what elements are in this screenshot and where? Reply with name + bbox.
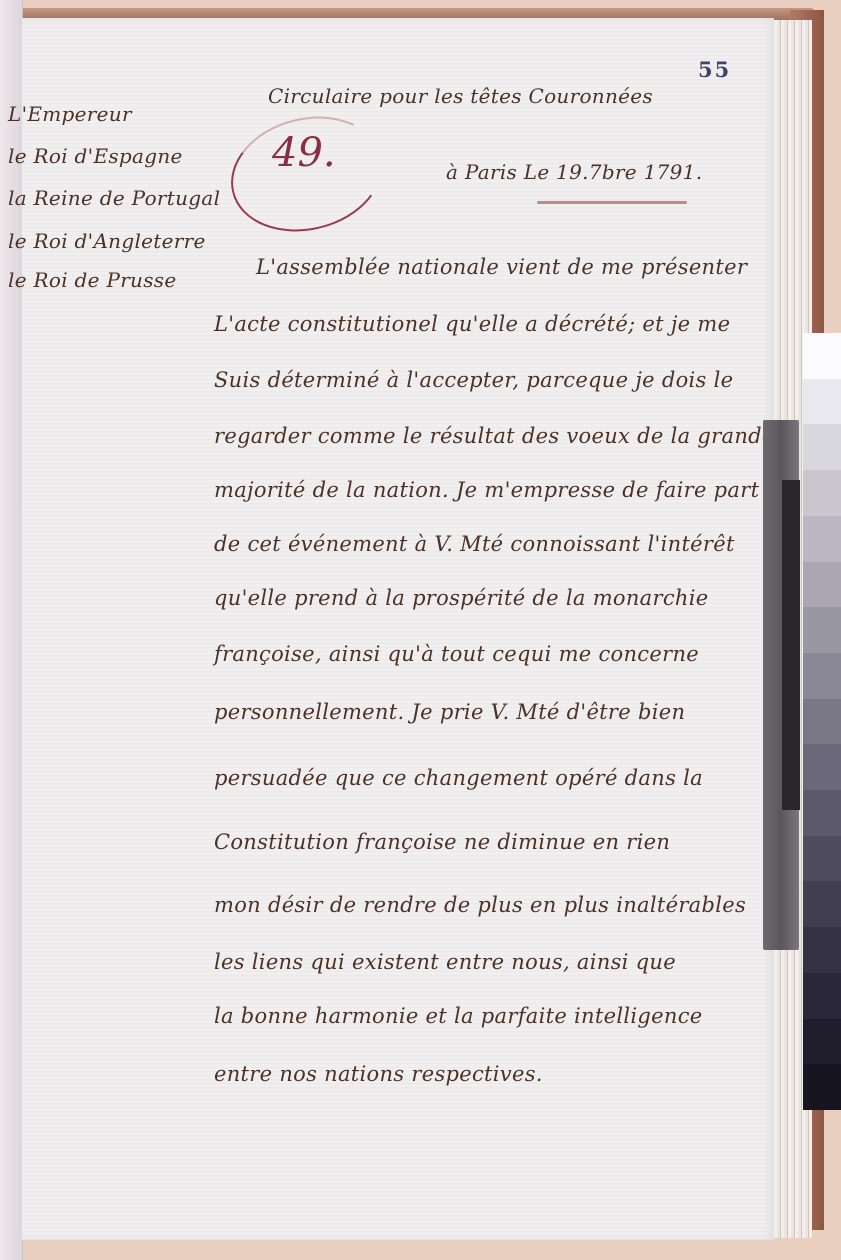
gray-step — [803, 836, 841, 882]
date-underline — [537, 201, 687, 204]
body-line: persuadée que ce changement opéré dans l… — [214, 766, 703, 790]
color-calibration-strip — [803, 333, 841, 1110]
clip-shadow — [782, 480, 800, 810]
body-line: mon désir de rendre de plus en plus inal… — [214, 893, 746, 917]
document-title: Circulaire pour les têtes Couronnées — [268, 84, 653, 108]
gray-step — [803, 424, 841, 470]
gray-step — [803, 470, 841, 516]
addressee-emperor: L'Empereur — [8, 102, 132, 126]
addressee-queen-portugal: la Reine de Portugal — [8, 186, 220, 210]
addressee-king-england: le Roi d'Angleterre — [8, 229, 206, 253]
body-line: Constitution françoise ne diminue en rie… — [214, 830, 670, 854]
page-number-stamp: 55 — [698, 57, 731, 82]
addressee-king-spain: le Roi d'Espagne — [8, 144, 183, 168]
gray-step — [803, 653, 841, 699]
body-line: L'acte constitutionel qu'elle a décrété;… — [214, 312, 730, 336]
gray-step — [803, 927, 841, 973]
gray-step — [803, 699, 841, 745]
gray-step — [803, 744, 841, 790]
reference-number: 49. — [272, 130, 336, 176]
gray-step — [803, 790, 841, 836]
body-line: personnellement. Je prie V. Mté d'être b… — [214, 700, 685, 724]
gray-step — [803, 607, 841, 653]
body-line: L'assemblée nationale vient de me présen… — [256, 255, 747, 279]
gray-step — [803, 562, 841, 608]
body-line: les liens qui existent entre nous, ainsi… — [214, 950, 676, 974]
gray-step — [803, 516, 841, 562]
gray-step — [803, 1019, 841, 1065]
body-line: de cet événement à V. Mté connoissant l'… — [214, 532, 735, 556]
gray-step — [803, 973, 841, 1019]
body-line: regarder comme le résultat des voeux de … — [214, 424, 775, 448]
gray-step — [803, 881, 841, 927]
body-line: qu'elle prend à la prospérité de la mona… — [214, 586, 708, 610]
date-line: à Paris Le 19.7bre 1791. — [446, 160, 702, 184]
body-line: Suis déterminé à l'accepter, parceque je… — [214, 368, 733, 392]
addressee-king-prussia: le Roi de Prusse — [8, 268, 177, 292]
body-line: françoise, ainsi qu'à tout cequi me conc… — [214, 642, 699, 666]
gray-step — [803, 379, 841, 425]
body-line: majorité de la nation. Je m'empresse de … — [214, 478, 759, 502]
body-line: la bonne harmonie et la parfaite intelli… — [214, 1004, 702, 1028]
gray-step — [803, 333, 841, 379]
gray-step — [803, 1064, 841, 1110]
body-line: entre nos nations respectives. — [214, 1062, 543, 1086]
